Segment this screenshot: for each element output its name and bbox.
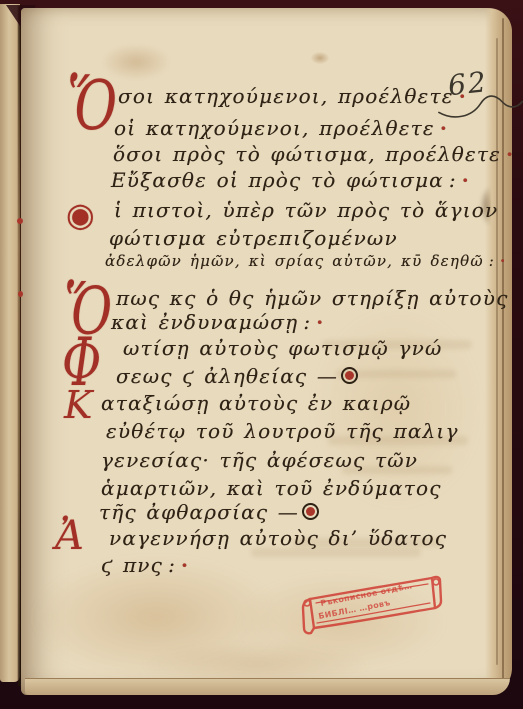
end-colon: : [168,553,176,577]
manuscript-line: εὐθέτῳ τοῦ λουτροῦ τῆς παλιγ [106,420,459,442]
manuscript-line: ἀδελφῶν ἡμῶν, κὶ σρίας αὐτῶν, κῡ δεηθῶ:· [105,253,506,270]
manuscript-line: ωτίσῃ αὐτοὺς φωτισμῷ γνώ [123,337,442,359]
rubric-end-dot: · [440,116,448,140]
manuscript-line: φώτισμα εὐτρεπιζομένων [109,227,398,249]
manuscript-line: ἁμαρτιῶν, καὶ τοῦ ἐνδύματος [101,477,442,499]
manuscript-line: πως κς ὁ θς ἡμῶν στηρίξῃ αὐτοὺς [116,287,508,309]
manuscript-line: ϛ πνς:· [101,554,189,576]
end-colon: : [449,168,457,192]
rubric-end-dot: · [316,310,324,334]
rubric-initial: Ὅ [67,72,117,141]
rubric-initial: Ἀ [55,516,84,556]
photo-background: 62 Ὅ◉ὍΦΚἈσοι κατηχούμενοι, προέλθετε·οἱ … [0,0,523,709]
manuscript-page: 62 Ὅ◉ὍΦΚἈσοι κατηχούμενοι, προέλθετε·οἱ … [21,8,512,695]
manuscript-line: τῆς ἀφθαρσίας — [99,501,319,523]
facing-page-edge [0,4,20,682]
manuscript-line: ἱ πιστοὶ, ὑπὲρ τῶν πρὸς τὸ ἅγιον [114,199,498,221]
rubric-initial: ◉ [66,198,95,231]
rubric-end-dot [306,507,315,516]
rubric-end-dot: · [181,553,189,577]
manuscript-line: γενεσίας· τῆς ἀφέσεως τῶν [101,449,418,471]
manuscript-line: Εὔξασθε οἱ πρὸς τὸ φώτισμα:· [111,169,470,191]
manuscript-line: σεως ϛ ἀληθείας — [116,365,358,387]
rubric-end-dot: · [462,168,470,192]
flourish-loop [341,367,358,384]
manuscript-line: καὶ ἐνδυναμώσῃ:· [111,311,324,333]
manuscript-line: σοι κατηχούμενοι, προέλθετε· [118,85,467,107]
rubric-end-dot: · [459,84,467,108]
rubric-end-dot [345,371,354,380]
end-colon: : [489,252,495,270]
rubric-end-dot: · [500,252,506,270]
manuscript-line: ναγεννήσῃ αὐτοὺς δι’ ὕδατος [109,527,447,549]
manuscript-line: αταξιώσῃ αὐτοὺς ἐν καιρῷ [101,392,411,414]
rubric-initial: Κ [64,386,92,424]
flourish-loop [302,503,319,520]
library-stamp: Ръкописное отдѣ… БИБЛІ… …ровъ [300,568,446,640]
manuscript-line: ὅσοι πρὸς τὸ φώτισμα, προέλθετε· [113,143,514,165]
manuscript-line: οἱ κατηχούμενοι, προέλθετε· [114,117,448,139]
end-colon: : [303,310,311,334]
rubric-end-dot: · [506,142,514,166]
